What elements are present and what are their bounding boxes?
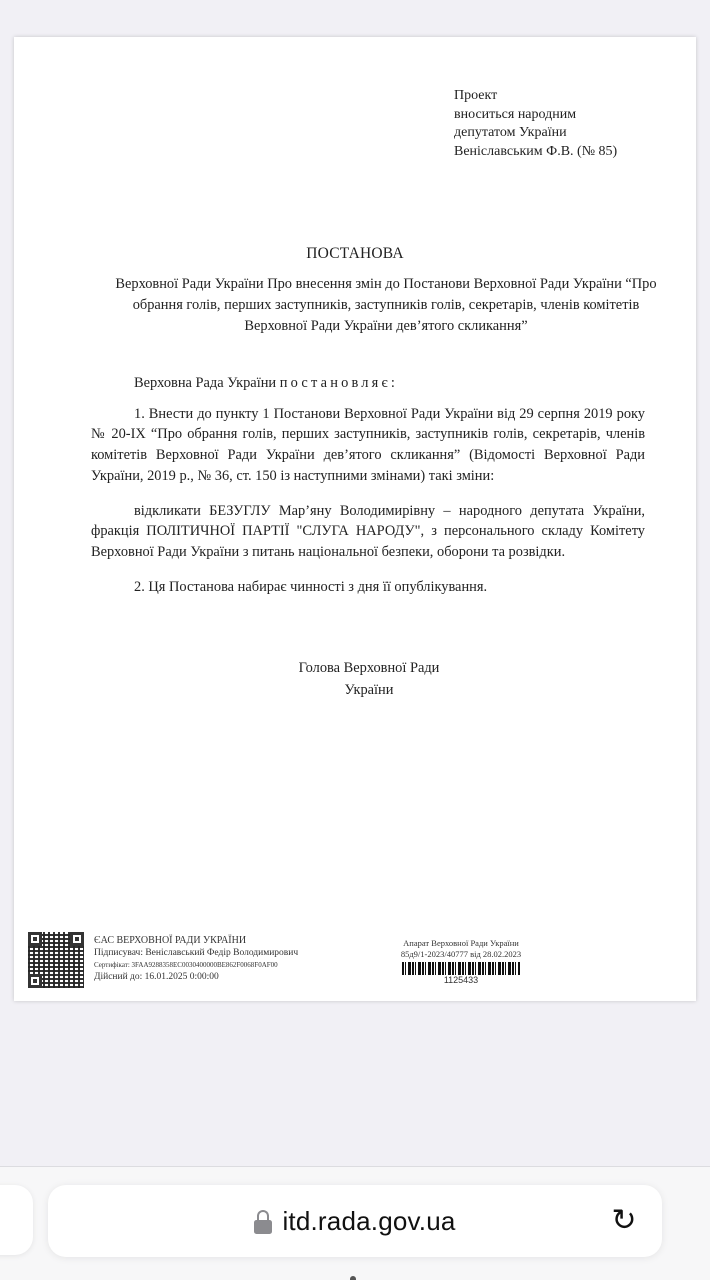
registry-number: 85д9/1-2023/40777 від 28.02.2023 xyxy=(386,949,536,960)
e-signature-block: ЄАС ВЕРХОВНОЇ РАДИ УКРАЇНИ Підписувач: В… xyxy=(28,932,298,988)
barcode-icon xyxy=(402,962,520,975)
barcode-number: 1125433 xyxy=(386,975,536,986)
lock-icon xyxy=(254,1210,272,1234)
signature-signer: Підписувач: Веніславський Федір Володими… xyxy=(94,947,298,959)
registry-org: Апарат Верховної Ради України xyxy=(386,938,536,949)
signature-org: ЄАС ВЕРХОВНОЇ РАДИ УКРАЇНИ xyxy=(94,935,298,947)
qr-code-icon xyxy=(28,932,84,988)
item-1-detail: відкликати БЕЗУГЛУ Мар’яну Володимирівну… xyxy=(91,501,645,563)
browser-toolbar: itd.rada.gov.ua ↻ xyxy=(0,1166,710,1280)
preamble-verb: постановляє: xyxy=(280,375,398,391)
signature-details: ЄАС ВЕРХОВНОЇ РАДИ УКРАЇНИ Підписувач: В… xyxy=(94,932,298,988)
project-line: депутатом України xyxy=(454,124,617,143)
home-indicator xyxy=(350,1276,356,1280)
document-subtitle: Верховної Ради України Про внесення змін… xyxy=(104,274,668,337)
previous-tab-preview[interactable] xyxy=(0,1185,33,1255)
preamble-prefix: Верховна Рада України xyxy=(134,375,280,391)
preamble: Верховна Рада України постановляє: xyxy=(91,373,645,394)
document-body: Верховна Рада України постановляє: 1. Вн… xyxy=(91,373,645,597)
project-line: Проект xyxy=(454,87,617,106)
project-line: вноситься народним xyxy=(454,106,617,125)
project-note: Проект вноситься народним депутатом Укра… xyxy=(454,87,617,161)
signature-title-line: України xyxy=(254,679,484,701)
url-text[interactable]: itd.rada.gov.ua xyxy=(282,1206,455,1237)
item-1: 1. Внести до пункту 1 Постанови Верховно… xyxy=(91,404,645,487)
document-page: Проект вноситься народним депутатом Укра… xyxy=(14,37,696,1001)
signature-title-line: Голова Верховної Ради xyxy=(254,657,484,679)
item-2: 2. Ця Постанова набирає чинності з дня ї… xyxy=(91,577,645,598)
registry-stamp: Апарат Верховної Ради України 85д9/1-202… xyxy=(386,938,536,986)
address-bar[interactable]: itd.rada.gov.ua ↻ xyxy=(48,1185,662,1257)
signature-certificate: Сертифікат: 3FAA9288358EC0030400000BE862… xyxy=(94,959,298,971)
signature-valid-until: Дійсний до: 16.01.2025 0:00:00 xyxy=(94,971,298,983)
signature-title: Голова Верховної Ради України xyxy=(254,657,484,701)
document-viewer[interactable]: Проект вноситься народним депутатом Укра… xyxy=(0,0,710,1166)
reload-icon[interactable]: ↻ xyxy=(608,1205,640,1237)
document-title: ПОСТАНОВА xyxy=(14,245,696,263)
project-line: Веніславським Ф.В. (№ 85) xyxy=(454,143,617,162)
